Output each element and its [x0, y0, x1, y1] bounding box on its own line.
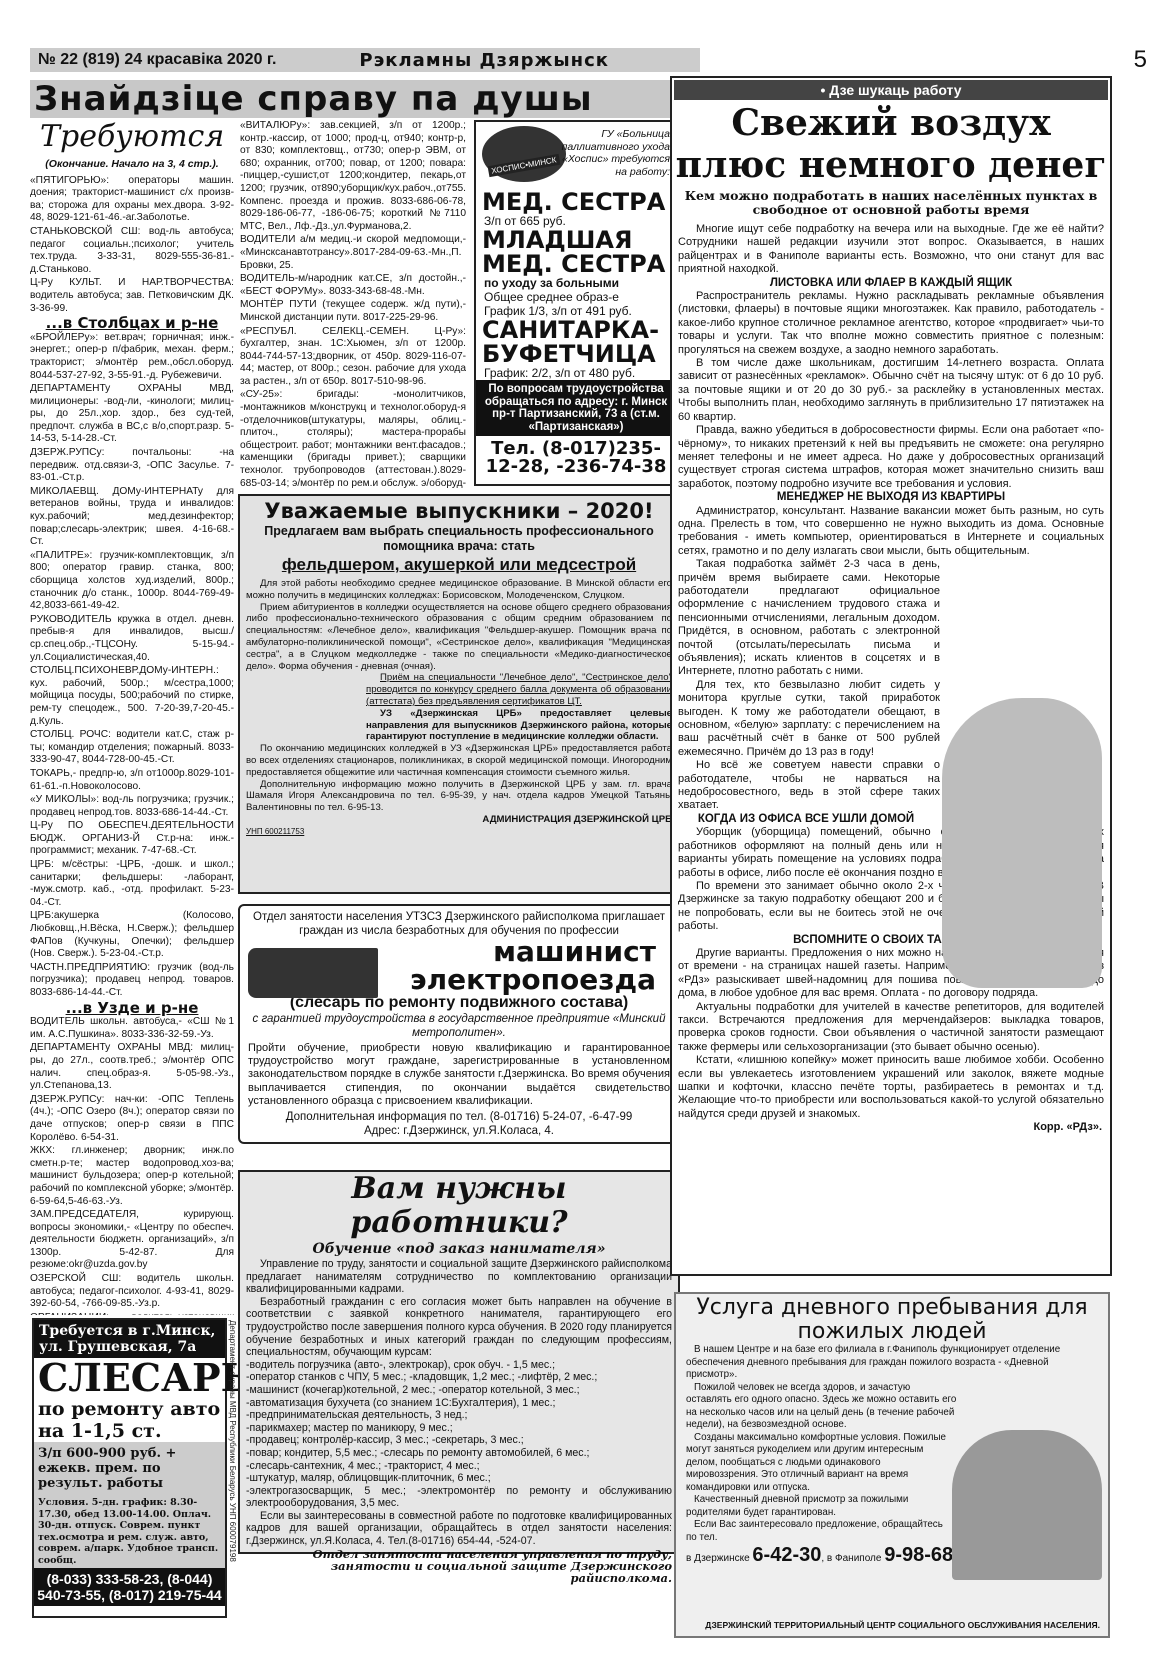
article-signature: Корр. «РДз». [672, 1121, 1110, 1133]
classified-entry: ОРГАНИЗАЦИИ: водитель-установщик (памятн… [30, 1312, 234, 1315]
paragraph: Пожилой человек не всегда здоров, и зача… [676, 1382, 1108, 1432]
article-side-jobs: • Дзе шукаць работу Свежий воздух плюс н… [670, 76, 1112, 1276]
paragraph: Такая подработка займёт 2-3 часа в день,… [672, 558, 1110, 679]
job-title: МЛАДШАЯ МЕД. СЕСТРА [476, 228, 676, 276]
hospice-logo: ХОСПИС•МИНСК [482, 126, 566, 182]
classified-entry: СТОЛБЦ.ПСИХОНЕВР.ДОМу-ИНТЕРН.: кух. рабо… [30, 665, 234, 728]
paragraph: В том числе даже школьникам, достигшим 1… [672, 357, 1110, 424]
classified-entry: ДЕПАРТАМЕНТу ОХРАНЫ МВД: милиц-ры, до 27… [30, 1042, 234, 1092]
course-item: -повар; кондитер, 5,5 мес.; -слесарь по … [240, 1447, 678, 1460]
train-info: Дополнительная информация по тел. (8-017… [240, 1110, 678, 1124]
course-item: -продавец; контролёр-кассир, 3 мес.; -се… [240, 1434, 678, 1447]
classified-entry: ЗАМ.ПРЕДСЕДАТЕЛЯ, курирующ. вопросы экон… [30, 1209, 234, 1272]
classified-entry: «ПЯТИГОРЬЮ»: операторы машин. доения; тр… [30, 175, 234, 225]
classified-entry: ВОДИТЕЛИ а/м медиц.-и скорой медпомощи,-… [240, 234, 466, 272]
elderly-couple-photo [952, 1430, 1102, 1580]
hospice-job-ad: ХОСПИС•МИНСК ГУ «Больница паллиативного … [474, 120, 678, 486]
train-address: Адрес: г.Дзержинск, ул.Я.Коласа, 4. [240, 1124, 678, 1138]
paragraph: Прием абитуриентов в колледжи осуществля… [246, 602, 672, 673]
paragraph: Распространитель рекламы. Нужно расклады… [672, 290, 1110, 357]
classified-entry: СТОЛБЦ. РОЧС: водители кат.С, стаж р-ты;… [30, 729, 234, 767]
courier-illustration [942, 698, 1102, 988]
train-guarantee: с гарантией трудоустройства в государств… [240, 1012, 678, 1040]
classified-entry: ДЗЕРЖ.РУПСу: нач-ки: -ОПС Теплень (4ч.);… [30, 1094, 234, 1144]
course-item: -слесарь-сантехник, 4 мес.; -тракторист,… [240, 1460, 678, 1473]
paragraph: Многие ищут себе подработку на вечера ил… [672, 223, 1110, 277]
classified-entry: «РЕСПУБЛ. СЕЛЕКЦ.-СЕМЕН. Ц-Ру»: бухгалте… [240, 326, 466, 389]
job-title: МЕД. СЕСТРА [476, 190, 676, 214]
ad-phones: (8-033) 333-58-23, (8-044) 540-73-55, (8… [34, 1568, 225, 1606]
course-item: -водитель погрузчика (авто-, электрокар)… [240, 1359, 678, 1372]
phone-dzerzhinsk: 6-42-30 [752, 1544, 821, 1566]
classifieds-middle-column: «ВИТАЛЮРу»: зав.секцией, з/п от 1200р.; … [240, 120, 466, 490]
classified-entry: «У МИКОЛЫ»: вод-ль погрузчика; грузчик.;… [30, 794, 234, 819]
issue-info: № 22 (819) 24 красавіка 2020 г. [38, 51, 276, 69]
page-number: 5 [1134, 46, 1147, 74]
course-item: -автоматизация бухучета (со знанием 1С:Б… [240, 1397, 678, 1410]
classified-entry: ОЗЕРСКОЙ СШ: водитель школьн. автобуса; … [30, 1273, 234, 1311]
paragraph: УЗ «Дзержинская ЦРБ» предоставляет целев… [246, 708, 672, 743]
paragraph: Администратор, консультант. Название вак… [672, 505, 1110, 559]
article-deck: Кем можно подработать в наших населённых… [672, 189, 1110, 217]
job-subtitle: по уходу за больными [476, 276, 676, 290]
job-requirement: Общее среднее образ-е [476, 290, 676, 304]
page-header: № 22 (819) 24 красавіка 2020 г. Рэкламны… [30, 48, 700, 72]
continuation-note: (Окончание. Начало на 3, 4 стр.). [30, 158, 234, 171]
classified-entry: ВОДИТЕЛЬ школьн. автобуса,- «СШ №1 им. А… [30, 1016, 234, 1041]
senior-daycare-ad: Услуга дневного пребывания для пожилых л… [674, 1292, 1110, 1638]
paragraph: Если вы заинтересованы в совместной рабо… [240, 1510, 678, 1548]
paragraph: Кстати, «лишнюю копейку» может приносить… [672, 1054, 1110, 1121]
graduates-title: Уважаемые выпускники – 2020! [240, 496, 678, 524]
unp-code: УНП 600211753 [246, 826, 672, 838]
classified-entry: ЖКХ: гл.инженер; дворник; инж.по сметн.р… [30, 1145, 234, 1208]
employers-subtitle: Обучение «под заказ нанимателя» [240, 1240, 678, 1258]
classified-entry: «ВИТАЛЮРу»: зав.секцией, з/п от 1200р.; … [240, 120, 466, 233]
course-item: -оператор станков с ЧПУ, 5 мес.; -кладов… [240, 1371, 678, 1384]
train-intro: Отдел занятости населения УТЗСЗ Дзержинс… [240, 906, 678, 938]
hospice-phone: Тел. (8-017)235-12-28, -236-74-38 [476, 436, 676, 476]
section-heading: МЕНЕДЖЕР НЕ ВЫХОДЯ ИЗ КВАРТИРЫ [672, 491, 1110, 504]
classified-entry: ТОКАРЬ,- предпр-ю, з/п от1000р.8029-101-… [30, 768, 234, 793]
classified-entry: Ц-Ру ПО ОБЕСПЕЧ.ДЕЯТЕЛЬНОСТИ БЮДЖ. ОРГАН… [30, 820, 234, 858]
required-heading: Требуются [30, 120, 234, 154]
train-image [248, 948, 378, 998]
classifieds-left-column: Требуются (Окончание. Начало на 3, 4 стр… [30, 120, 234, 1315]
signature: АДМИНИСТРАЦИЯ ДЗЕРЖИНСКОЙ ЦРБ [246, 814, 672, 826]
course-item: -электрогазосварщик, 5 мес.; -электромон… [240, 1485, 678, 1510]
course-item: -парикмахер; мастер по маникюру, 9 мес.; [240, 1422, 678, 1435]
paragraph: Управление по труду, занятости и социаль… [240, 1258, 678, 1296]
paragraph: Для этой работы необходимо среднее медиц… [246, 578, 672, 602]
classified-entry: СТАНЬКОВСКОЙ СШ: вод-ль автобуса; педаго… [30, 226, 234, 276]
classified-entry: Ц-Ру КУЛЬТ. И НАР.ТВОРЧЕСТВА: водитель а… [30, 277, 234, 315]
classified-entry: ВОДИТЕЛЬ-м/народник кат.СЕ, з/п достойн.… [240, 273, 466, 298]
phone-fanipol: 9-98-68. [884, 1544, 959, 1566]
classified-entry: ЧАСТН.ПРЕДПРИЯТИЮ: грузчик (вод-ль погру… [30, 962, 234, 1000]
train-body: Пройти обучение, приобрести новую квалиф… [240, 1040, 678, 1110]
classified-entry: ЦРБ: м/сёстры: -ЦРБ, -дошк. и школ.; сан… [30, 859, 234, 909]
classified-entry: РУКОВОДИТЕЛЬ кружка в отдел. дневн. преб… [30, 614, 234, 664]
signature: Отдел занятости населения управления по … [240, 1548, 678, 1584]
course-item: -машинист (кочегар)котельной, 2 мес.; -о… [240, 1384, 678, 1397]
train-driver-training-ad: Отдел занятости населения УТЗСЗ Дзержинс… [238, 904, 680, 1144]
paragraph: В нашем Центре и на базе его филиала в г… [676, 1344, 1108, 1382]
ad-side-note: Департамент охраны МВД Республики Белару… [228, 1320, 237, 1620]
classified-entry: ДЕПАРТАМЕНТу ОХРАНЫ МВД, милиционеры: -в… [30, 383, 234, 446]
hospice-intro: ГУ «Больница паллиативного ухода «Хоспис… [560, 128, 670, 178]
paragraph: Дополнительную информацию можно получить… [246, 779, 672, 814]
ad-title: СЛЕСАРЬ [34, 1358, 225, 1398]
course-item: -штукатур, маляр, облицовщик-плиточник, … [240, 1472, 678, 1485]
section-heading-stolbtsy: ...в Столбцах и р-не [30, 317, 234, 330]
classified-entry: МОНТЁР ПУТИ (текущее содерж. ж/д пути),-… [240, 299, 466, 324]
classified-entry: «СУ-25»: бригады: -монолитчиков, -монтаж… [240, 389, 466, 490]
ad-rate: на 1-1,5 ст. [34, 1420, 225, 1442]
ad-conditions: Условия. 5-дн. график: 8.30-17.30, обед … [34, 1495, 225, 1568]
graduates-ad: Уважаемые выпускники – 2020! Предлагаем … [238, 494, 680, 894]
employers-title: Вам нужны работники? [240, 1172, 678, 1240]
classified-entry: «ПАЛИТРЕ»: грузчик-комплектовщик, з/п 80… [30, 550, 234, 613]
classified-entry: МИКОЛАЕВЩ. ДОМу-ИНТЕРНАТу для ветеранов … [30, 486, 234, 549]
course-item: -предпринимательская деятельность, 3 нед… [240, 1409, 678, 1422]
job-pay: График: 2/2, з/п от 480 руб. [476, 366, 676, 380]
paragraph: Правда, важно убедиться в добросовестнос… [672, 424, 1110, 491]
section-heading: ЛИСТОВКА ИЛИ ФЛАЕР В КАЖДЫЙ ЯЩИК [672, 277, 1110, 290]
article-rubric: • Дзе шукаць работу [674, 80, 1108, 100]
paragraph: Актуальны подработки для учителей в каче… [672, 1001, 1110, 1055]
ad-subtitle: по ремонту авто [34, 1398, 225, 1420]
section-heading-uzda: ...в Узде и р-не [30, 1002, 234, 1015]
employers-training-ad: Вам нужны работники? Обучение «под заказ… [238, 1170, 680, 1554]
article-title: Свежий воздух плюс немного денег [672, 102, 1110, 186]
graduates-lead-emphasis: фельдшером, акушеркой или медсестрой [240, 554, 678, 576]
senior-title: Услуга дневного пребывания для пожилых л… [676, 1294, 1108, 1344]
hospice-address: По вопросам трудоустройства обращаться п… [476, 380, 676, 436]
paragraph: По окончанию медицинских колледжей в УЗ … [246, 743, 672, 778]
newspaper-title: Рэкламны Дзяржынск [359, 50, 609, 71]
ad-pay: З/п 600-900 руб. + ежекв. прем. по резул… [34, 1442, 225, 1495]
mechanic-job-ad: Требуется в г.Минск, ул. Грушевская, 7а … [32, 1318, 227, 1618]
paragraph: Приём на специальности "Лечебное дело", … [246, 672, 672, 707]
job-title: САНИТАРКА-БУФЕТЧИЦА [476, 318, 676, 366]
graduates-lead: Предлагаем вам выбрать специальность про… [240, 524, 678, 554]
paragraph: Безработный гражданин с его согласия мож… [240, 1296, 678, 1359]
classified-entry: «БРОЙЛЕРу»: вет.врач; горничная; инж.-эн… [30, 332, 234, 382]
ad-location: Требуется в г.Минск, ул. Грушевская, 7а [34, 1320, 225, 1358]
classified-entry: ЦРБ:акушерка (Колосово, Любковщ.,Н.Вёска… [30, 910, 234, 960]
classified-entry: ДЗЕРЖ.РУПСу: почтальоны: -на передвиж. о… [30, 447, 234, 485]
signature: ДЗЕРЖИНСКИЙ ТЕРРИТОРИАЛЬНЫЙ ЦЕНТР СОЦИАЛ… [705, 1620, 1100, 1630]
section-banner: Знайдзіце справу па душы [30, 80, 682, 118]
